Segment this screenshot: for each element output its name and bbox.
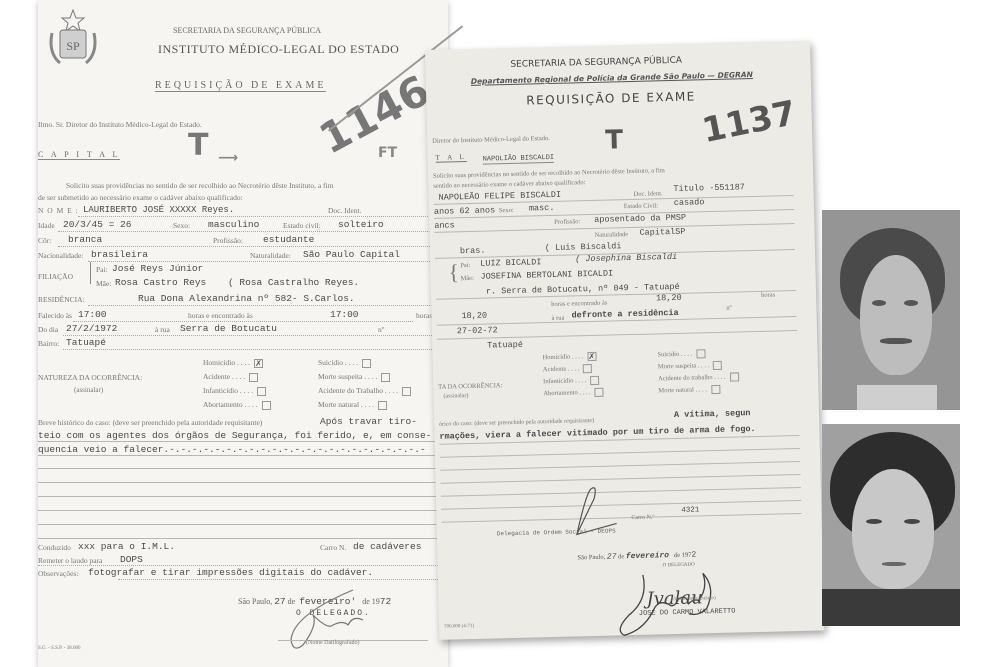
carro-label: Carro N. — [320, 543, 346, 552]
checkbox[interactable] — [595, 388, 604, 397]
nome-datilografado-label: (Nome Datilografado) — [306, 640, 359, 646]
bairro-value: Tatuapé — [66, 337, 106, 348]
checkbox[interactable] — [262, 401, 271, 410]
mae-alt-value: ( Rosa Castralho Reyes. — [228, 277, 359, 288]
cor-value: branca — [68, 234, 102, 245]
pai-value: José Reys Júnior — [112, 263, 203, 274]
checkbox[interactable] — [713, 361, 722, 370]
svg-text:SP: SP — [66, 39, 80, 53]
numero-label: nº — [378, 325, 384, 334]
naturalidade-label-2: Naturalidade — [594, 231, 628, 239]
mae-label: Mãe: — [96, 279, 111, 288]
salutation: Ilmo. Sr. Diretor do Instituto Médico-Le… — [38, 120, 202, 129]
mustache-shape — [880, 338, 912, 344]
conduzido-value: xxx para o I.M.L. — [78, 541, 175, 552]
sexo-value-2: masc. — [529, 203, 555, 214]
capital-label: C A P I T A L — [38, 150, 120, 160]
profissao-value-2: aposentado da PMSP — [594, 213, 686, 225]
natureza-option: Infanticídio . . . . — [203, 386, 266, 396]
observacoes-label: Observações: — [38, 569, 78, 578]
checkbox[interactable] — [590, 376, 599, 385]
handwritten-arrow: ⟶ — [218, 150, 238, 166]
intro-text: Solicito suas providências no sentido de… — [66, 181, 333, 190]
natureza-option: Abortamento . . . . — [203, 400, 271, 410]
natureza-option: Homicídio . . . .✗ — [542, 352, 596, 362]
natureza-sublabel: (assinalar) — [74, 386, 103, 394]
naturalidade-value-2: CapitalSP — [639, 227, 685, 238]
checkbox[interactable] — [257, 387, 266, 396]
carro-value-2: 4321 — [681, 506, 699, 514]
checkbox[interactable] — [381, 373, 390, 382]
doc-ident-value-2: Titulo -551187 — [673, 182, 745, 194]
historico-line-1-2: A vítima, segun — [674, 408, 751, 420]
natureza-option: Abortamento . . . . — [543, 388, 603, 398]
rua-label: à rua — [155, 325, 170, 334]
handwritten-mark: T — [188, 128, 208, 163]
footer-code: S.G. - S.S.P. - 38.000 — [38, 646, 81, 651]
document-title-2: REQUISIÇÃO DE EXAME — [526, 89, 696, 107]
sexo-value: masculino — [208, 219, 259, 230]
historico-line-2: teio com os agentes dos órgãos de Segura… — [38, 430, 431, 441]
natureza-option: Suicídio . . . . — [318, 358, 371, 368]
historico-label: Breve histórico do caso: (deve ser preen… — [38, 418, 262, 427]
estado-civil-value: solteiro — [338, 219, 384, 230]
idade-value: 20/3/45 = 26 — [63, 219, 131, 230]
intro-text-2a: Solicito suas providências no sentido de… — [433, 167, 665, 180]
intro-text-2: de ser submetido ao necessário exame o c… — [38, 193, 243, 202]
doc-ident-label: Doc. Ident. — [328, 206, 362, 215]
remeter-label: Remeter o laudo para — [38, 556, 102, 565]
filiacao-label: FILIAÇÃO — [38, 272, 73, 281]
bairro-value-2: Tatuapé — [487, 340, 523, 351]
checkbox[interactable] — [402, 387, 411, 396]
dia-value: 27/2/1972 — [66, 323, 117, 334]
face-shape — [860, 255, 932, 375]
residencia-label: RESIDÊNCIA: — [38, 295, 85, 304]
header-departamento: Departamento Regional de Polícia da Gran… — [471, 70, 753, 86]
natureza-label: NATUREZA DA OCORRÊNCIA: — [38, 373, 142, 382]
handwritten-number: 1146 — [311, 65, 437, 163]
mae-value-2: JOSEFINA BERTOLANI BICALDI — [480, 268, 613, 281]
idade-label: Idade — [38, 221, 55, 230]
natureza-option: Morte natural . . . . — [658, 385, 720, 396]
natureza-option: Morte suspeita . . . . — [318, 372, 390, 382]
nacionalidade-value: brasileira — [91, 249, 148, 260]
encontrado-hora-2: 18,20 — [656, 293, 682, 304]
nome-datilografado-label-2: (nome datilografado) — [673, 596, 715, 602]
nacionalidade-value-2: bras. — [460, 246, 486, 257]
pai-alt-value-2: ( Luis Biscaldi — [545, 241, 622, 253]
naturalidade-label: Naturalidade: — [250, 251, 291, 260]
encontrado-label: horas e encontrado às — [188, 311, 253, 320]
header-secretaria: SECRETARIA DA SEGURANÇA PÚBLICA — [173, 26, 321, 35]
signature-delegado-2: Jvalau — [598, 558, 740, 641]
natureza-option: Infanticídio . . . . — [543, 376, 600, 386]
nome-value: LAURIBERTO JOSÉ XXXXX Reyes. — [83, 205, 234, 215]
natureza-option: Morte suspeita . . . . — [658, 361, 723, 372]
natureza-option: Acidente . . . . — [543, 364, 593, 374]
mae-value: Rosa Castro Reys — [115, 277, 206, 288]
natureza-option: Morte natural . . . . — [318, 400, 387, 410]
face-shape — [852, 469, 934, 589]
natureza-sublabel-2: (assinalar) — [443, 393, 468, 400]
natureza-option: Homicídio . . . .✗ — [203, 358, 263, 368]
document-requisicao-1137: SECRETARIA DA SEGURANÇA PÚBLICA Departam… — [425, 41, 824, 640]
conduzido-label: Conduzido — [38, 543, 71, 552]
encontrado-label-2: horas e encontrado às — [551, 300, 607, 308]
pai-label: Pai: — [96, 265, 108, 274]
checkbox[interactable] — [711, 385, 720, 394]
estado-civil-label-2: Estado Civil: — [624, 202, 658, 210]
rua-value: Serra de Botucatu — [180, 323, 277, 334]
checkbox-checked[interactable]: ✗ — [254, 359, 263, 368]
sexo-label-2: Sexo: — [499, 207, 514, 214]
profissao-value: estudante — [263, 234, 314, 245]
historico-line-3: quencia veio a falecer.-.-.-.-.-.-.-.-.-… — [38, 444, 426, 455]
header-secretaria-2: SECRETARIA DA SEGURANÇA PÚBLICA — [510, 56, 682, 70]
naturalidade-value: São Paulo Capital — [303, 249, 400, 260]
carro-label-2: Carro N.º — [631, 515, 654, 522]
natureza-label-2: TA DA OCORRÊNCIA: — [438, 382, 502, 391]
nacionalidade-label: Nacionalidade: — [38, 251, 83, 260]
encontrado-hora: 17:00 — [330, 309, 359, 320]
dia-value-2: 27-02-72 — [457, 325, 498, 336]
coat-of-arms-icon: SP — [48, 8, 98, 68]
bairro-label: Bairro: — [38, 339, 59, 348]
handwritten-number-2: 1137 — [699, 93, 800, 151]
doc-ident-label-2: Doc. Ident. — [634, 190, 663, 198]
profissao-label-2: Profissão: — [554, 218, 580, 226]
horas-label-2: horas — [761, 292, 775, 299]
checkbox[interactable] — [249, 373, 258, 382]
estado-civil-label: Estado civil: — [283, 221, 321, 230]
checkbox[interactable] — [362, 359, 371, 368]
checkbox[interactable] — [378, 401, 387, 410]
pai-label-2: Pai: — [460, 262, 470, 269]
natureza-option: Acidente do Trabalho . . . . — [318, 386, 411, 396]
checkbox[interactable] — [729, 372, 738, 381]
carro-value: de cadáveres — [353, 541, 421, 552]
remeter-value: DOPS — [120, 554, 143, 565]
estado-civil-value-2: casado — [674, 197, 705, 208]
historico-label-2: órico do caso: (deve ser preenchido pela… — [439, 418, 594, 428]
shirt-shape — [822, 589, 960, 626]
horas-label: horas — [416, 311, 432, 320]
intro-text-2b: sentido ao necessário exame o cadáver ab… — [433, 179, 585, 190]
residencia-value: Rua Dona Alexandrina nº 582- S.Carlos. — [138, 293, 355, 304]
natureza-option: Acidente . . . . — [203, 372, 258, 382]
checkbox-checked[interactable]: ✗ — [587, 352, 596, 361]
numero-label-2: nº — [726, 305, 731, 312]
handwritten-initials: FT — [378, 145, 397, 161]
filiacao-brace: { — [448, 259, 459, 285]
mae-label-2: Mãe: — [461, 275, 475, 282]
natureza-option: Acidente do trabalho . . . . — [658, 372, 739, 383]
cor-label: Côr: — [38, 236, 51, 245]
salutation-2: Diretor do Instituto Médico-Legal do Est… — [432, 135, 550, 145]
falecido-hora: 17:00 — [78, 309, 107, 320]
header-instituto: INSTITUTO MÉDICO-LEGAL DO ESTADO — [158, 42, 399, 57]
photo-portrait-1 — [822, 210, 960, 410]
document-title: REQUISIÇÃO DE EXAME — [155, 80, 326, 92]
idade-value-2: anos 62 anos — [434, 205, 495, 216]
photo-portrait-2 — [822, 424, 960, 626]
natureza-option: Suicídio . . . . — [657, 349, 705, 359]
checkbox[interactable] — [696, 349, 705, 358]
document-requisicao-1146: SP SECRETARIA DA SEGURANÇA PÚBLICA INSTI… — [38, 0, 448, 667]
sexo-label: Sexo: — [173, 221, 190, 230]
capital-label-2: T A L — [436, 153, 467, 163]
nome-label: N O M E : — [38, 206, 79, 215]
checkbox[interactable] — [583, 364, 592, 373]
mae-alt-value-2: ( Josephina Biscaldi — [575, 252, 677, 264]
handwritten-mark-2: T — [605, 125, 623, 155]
cor-value-2: ancs — [434, 220, 455, 230]
observacoes-value: fotografar e tirar impressões digitais d… — [88, 567, 373, 578]
footer-code-2: 700.000 (4-71) — [444, 624, 474, 630]
pai-value-2: LUIZ BICALDI — [480, 257, 541, 268]
historico-line-1: Após travar tiro- — [320, 416, 417, 427]
dia-label: Do dia — [38, 325, 58, 334]
profissao-label: Profissão: — [213, 236, 243, 245]
typed-name-top: NAPOLIÃO BISCALDI — [483, 154, 555, 165]
falecido-label: Falecido às — [38, 311, 72, 320]
natureza-options-2: Homicídio . . . .✗Acidente . . . .Infant… — [425, 41, 810, 50]
falecido-hora-2: 18,20 — [461, 311, 487, 322]
